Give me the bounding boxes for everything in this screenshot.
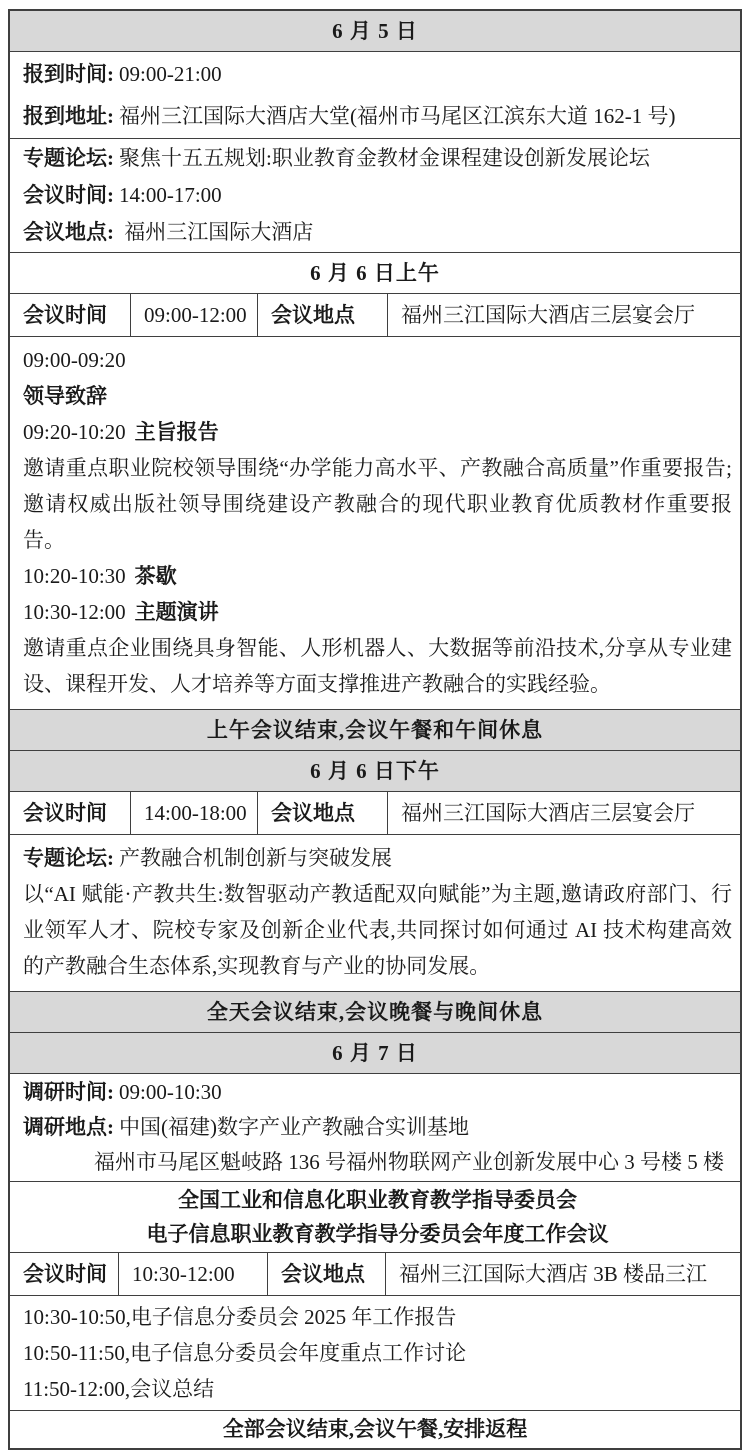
- visit-place-value: 中国(福建)数字产业产教融合实训基地: [119, 1115, 469, 1139]
- dinner-banner: 全天会议结束,会议晚餐与晚间休息: [10, 991, 740, 1032]
- day2pm-header: 6 月 6 日下午: [10, 750, 740, 791]
- item-speech-title: 主题演讲: [135, 600, 219, 624]
- committee-name-line: 全国工业和信息化职业教育教学指导委员会: [23, 1183, 732, 1217]
- day1-header: 6 月 5 日: [10, 11, 740, 51]
- item-speech-line: 10:30-12:00主题演讲: [23, 594, 732, 630]
- day3-header: 6 月 7 日: [10, 1032, 740, 1073]
- day3-time-label-cell: 会议时间: [10, 1253, 118, 1295]
- checkin-addr-label: 报到地址:: [23, 104, 114, 128]
- day1-time-value: 14:00-17:00: [119, 183, 222, 207]
- day2pm-forum-desc: 以“AI 赋能·产教共生:数智驱动产教适配双向赋能”为主题,邀请政府部门、行业领…: [23, 876, 732, 984]
- visit-time-label: 调研时间:: [23, 1080, 114, 1104]
- day1-venue-value: 福州三江国际大酒店: [119, 220, 313, 244]
- day1-time-label: 会议时间:: [23, 183, 114, 207]
- day2am-venue-label-cell: 会议地点: [257, 294, 387, 336]
- checkin-time-value: 09:00-21:00: [119, 62, 222, 86]
- day3-venue-cell: 福州三江国际大酒店 3B 楼品三江: [385, 1253, 740, 1295]
- visit-time-line: 调研时间:09:00-10:30: [23, 1075, 732, 1110]
- day2am-venue-cell: 福州三江国际大酒店三层宴会厅: [387, 294, 740, 336]
- day2pm-time-cell: 14:00-18:00: [130, 792, 257, 834]
- item-keynote-desc: 邀请重点职业院校领导围绕“办学能力高水平、产教融合高质量”作重要报告;邀请权威出…: [23, 450, 732, 558]
- day3-agenda-item-2: 10:50-11:50,电子信息分委员会年度重点工作讨论: [23, 1335, 732, 1371]
- item-keynote-line: 09:20-10:20主旨报告: [23, 414, 732, 450]
- end-banner: 全部会议结束,会议午餐,安排返程: [10, 1410, 740, 1448]
- item-teabreak-line: 10:20-10:30茶歇: [23, 558, 732, 594]
- day2pm-venue-label-cell: 会议地点: [257, 792, 387, 834]
- day2pm-forum-line: 专题论坛:产教融合机制创新与突破发展: [23, 840, 732, 876]
- day2pm-info-row: 会议时间 14:00-18:00 会议地点 福州三江国际大酒店三层宴会厅: [10, 791, 740, 834]
- item-keynote-time: 09:20-10:20: [23, 420, 126, 444]
- day2am-header: 6 月 6 日上午: [10, 252, 740, 293]
- day1-time-line: 会议时间:14:00-17:00: [23, 177, 732, 214]
- visit-time-value: 09:00-10:30: [119, 1080, 222, 1104]
- day2am-time-label-cell: 会议时间: [10, 294, 130, 336]
- day3-visit-section: 调研时间:09:00-10:30 调研地点:中国(福建)数字产业产教融合实训基地…: [10, 1073, 740, 1181]
- day1-forum-label: 专题论坛:: [23, 146, 114, 170]
- day1-forum-section: 专题论坛:聚焦十五五规划:职业教育金教材金课程建设创新发展论坛 会议时间:14:…: [10, 138, 740, 252]
- day3-time-cell: 10:30-12:00: [118, 1253, 267, 1295]
- item-teabreak-title: 茶歇: [135, 564, 177, 588]
- day1-venue-line: 会议地点: 福州三江国际大酒店: [23, 214, 732, 251]
- day1-forum-line: 专题论坛:聚焦十五五规划:职业教育金教材金课程建设创新发展论坛: [23, 140, 732, 177]
- day1-forum-value: 聚焦十五五规划:职业教育金教材金课程建设创新发展论坛: [119, 146, 650, 170]
- item-speech-time: 10:30-12:00: [23, 600, 126, 624]
- checkin-addr-value: 福州三江国际大酒店大堂(福州市马尾区江滨东大道 162-1 号): [119, 104, 675, 128]
- day3-venue-label-cell: 会议地点: [267, 1253, 385, 1295]
- day1-venue-label: 会议地点:: [23, 220, 114, 244]
- visit-place-label: 调研地点:: [23, 1115, 114, 1139]
- day2pm-venue-cell: 福州三江国际大酒店三层宴会厅: [387, 792, 740, 834]
- day2pm-time-label-cell: 会议时间: [10, 792, 130, 834]
- checkin-time-line: 报到时间:09:00-21:00: [23, 53, 732, 95]
- day2am-time-cell: 09:00-12:00: [130, 294, 257, 336]
- agenda-page: 6 月 5 日 报到时间:09:00-21:00 报到地址:福州三江国际大酒店大…: [0, 9, 750, 1450]
- day2pm-schedule: 专题论坛:产教融合机制创新与突破发展 以“AI 赋能·产教共生:数智驱动产教适配…: [10, 834, 740, 991]
- day1-checkin-section: 报到时间:09:00-21:00 报到地址:福州三江国际大酒店大堂(福州市马尾区…: [10, 51, 740, 138]
- item-speech-desc: 邀请重点企业围绕具身智能、人形机器人、大数据等前沿技术,分享从专业建设、课程开发…: [23, 630, 732, 702]
- checkin-addr-line: 报到地址:福州三江国际大酒店大堂(福州市马尾区江滨东大道 162-1 号): [23, 95, 732, 137]
- day3-agenda-section: 10:30-10:50,电子信息分委员会 2025 年工作报告 10:50-11…: [10, 1295, 740, 1410]
- lunch-banner: 上午会议结束,会议午餐和午间休息: [10, 709, 740, 750]
- item-opening-title: 领导致辞: [23, 378, 732, 414]
- item-keynote-title: 主旨报告: [135, 420, 219, 444]
- agenda-table: 6 月 5 日 报到时间:09:00-21:00 报到地址:福州三江国际大酒店大…: [8, 9, 742, 1450]
- day2am-info-row: 会议时间 09:00-12:00 会议地点 福州三江国际大酒店三层宴会厅: [10, 293, 740, 336]
- visit-place-line: 调研地点:中国(福建)数字产业产教融合实训基地: [23, 1110, 732, 1145]
- committee-meeting-line: 电子信息职业教育教学指导分委员会年度工作会议: [23, 1217, 732, 1251]
- visit-addr-line: 福州市马尾区魁岐路 136 号福州物联网产业创新发展中心 3 号楼 5 楼: [23, 1145, 732, 1180]
- day2pm-forum-value: 产教融合机制创新与突破发展: [119, 846, 392, 870]
- item-teabreak-time: 10:20-10:30: [23, 564, 126, 588]
- committee-section: 全国工业和信息化职业教育教学指导委员会 电子信息职业教育教学指导分委员会年度工作…: [10, 1181, 740, 1252]
- item-opening-time: 09:00-09:20: [23, 342, 732, 378]
- day3-info-row: 会议时间 10:30-12:00 会议地点 福州三江国际大酒店 3B 楼品三江: [10, 1252, 740, 1295]
- day3-agenda-item-1: 10:30-10:50,电子信息分委员会 2025 年工作报告: [23, 1299, 732, 1335]
- day2pm-forum-label: 专题论坛:: [23, 846, 114, 870]
- checkin-time-label: 报到时间:: [23, 62, 114, 86]
- day2am-schedule: 09:00-09:20 领导致辞 09:20-10:20主旨报告 邀请重点职业院…: [10, 336, 740, 709]
- day3-agenda-item-3: 11:50-12:00,会议总结: [23, 1371, 732, 1407]
